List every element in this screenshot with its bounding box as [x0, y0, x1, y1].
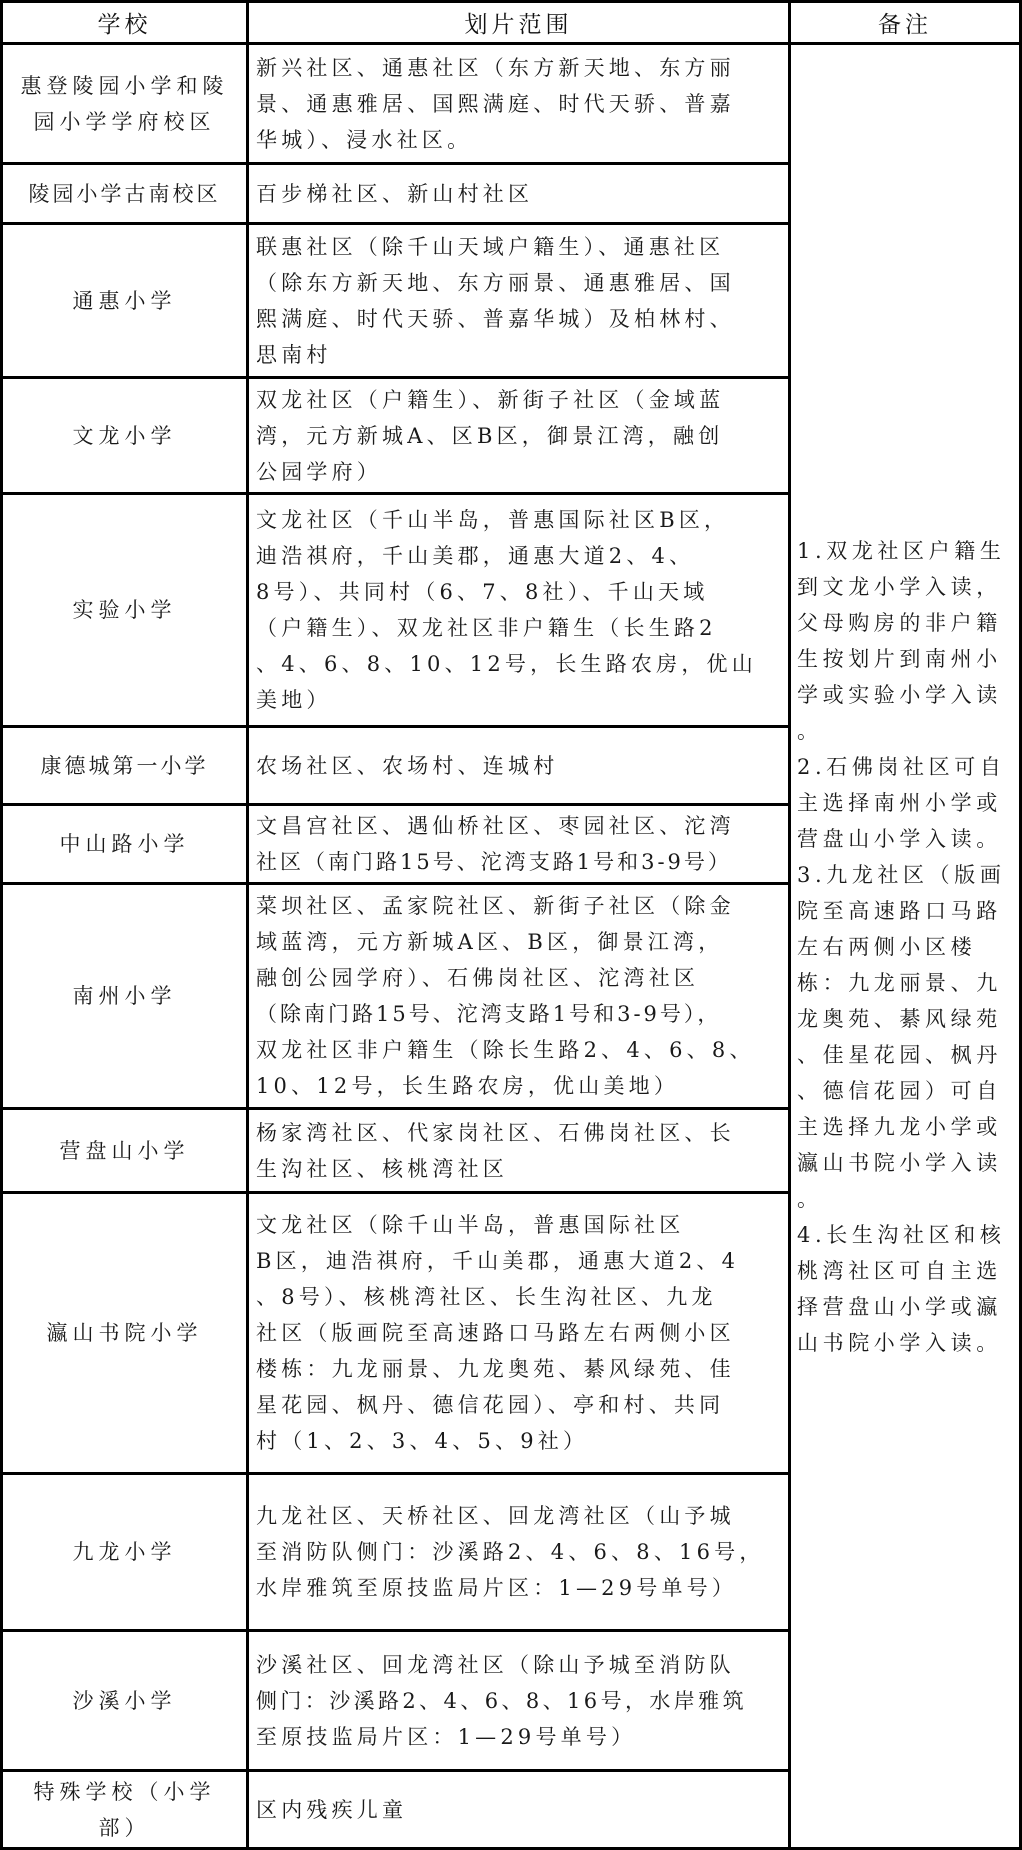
header-range-label: 划片范围	[465, 6, 573, 39]
range-line: B区，迪浩祺府，千山美郡，通惠大道2、4	[256, 1243, 739, 1279]
table-row-school: 营盘山小学	[0, 1107, 249, 1194]
table-row-range: 文龙社区（千山半岛，普惠国际社区B区， 迪浩祺府，千山美郡，通惠大道2、4、 8…	[246, 492, 791, 728]
range-line: 双龙社区非户籍生（除长生路2、4、6、8、	[256, 1032, 755, 1068]
school-name-line: 通惠小学	[73, 283, 177, 319]
range-line: 区内残疾儿童	[256, 1792, 407, 1828]
table-row-range: 新兴社区、通惠社区（东方新天地、东方丽 景、通惠雅居、国熙满庭、时代天骄、普嘉 …	[246, 42, 791, 165]
note-line: 3.九龙社区（版画	[797, 857, 1005, 893]
table-row-school: 陵园小学古南校区	[0, 162, 249, 225]
note-line: 左右两侧小区楼	[797, 929, 1005, 965]
note-line: 。	[797, 1181, 1005, 1217]
school-name-line: 瀛山书院小学	[47, 1315, 203, 1351]
range-line: 文龙社区（千山半岛，普惠国际社区B区，	[256, 502, 757, 538]
note-line: 4.长生沟社区和核	[797, 1217, 1005, 1253]
table-row-range: 联惠社区（除千山天域户籍生）、通惠社区 （除东方新天地、东方丽景、通惠雅居、国 …	[246, 222, 791, 379]
range-line: 沙溪社区、回龙湾社区（除山予城至消防队	[256, 1647, 747, 1683]
table-row-school: 实验小学	[0, 492, 249, 728]
range-line: （除南门路15号、沱湾支路1号和3-9号），	[256, 996, 755, 1032]
school-name-line: 特殊学校（小学	[34, 1774, 216, 1810]
table-row-school: 沙溪小学	[0, 1629, 249, 1772]
school-name-line: 文龙小学	[73, 418, 177, 454]
table-row-range: 文龙社区（除千山半岛，普惠国际社区 B区，迪浩祺府，千山美郡，通惠大道2、4 、…	[246, 1191, 791, 1475]
school-name-line: 康德城第一小学	[41, 748, 209, 784]
table-row-school: 康德城第一小学	[0, 725, 249, 806]
school-district-table: 学校 划片范围 备注 惠登陵园小学和陵 园小学学府校区 新兴社区、通惠社区（东方…	[0, 0, 1022, 1850]
range-line: 侧门：沙溪路2、4、6、8、16号，水岸雅筑	[256, 1683, 747, 1719]
table-row-school: 中山路小学	[0, 803, 249, 885]
note-line: 学或实验小学入读	[797, 677, 1005, 713]
range-line: 星花园、枫丹、德信花园）、亭和村、共同	[256, 1387, 739, 1423]
note-line: 到文龙小学入读，	[797, 569, 1005, 605]
note-line: 生按划片到南州小	[797, 641, 1005, 677]
range-line: 至原技监局片区：1—29号单号）	[256, 1719, 747, 1755]
header-range: 划片范围	[246, 0, 791, 45]
note-line: 山书院小学入读。	[797, 1325, 1005, 1361]
table-row-range: 双龙社区（户籍生）、新街子社区（金域蓝 湾，元方新城A、区B区，御景江湾，融创 …	[246, 376, 791, 495]
note-line: 、佳星花园、枫丹	[797, 1037, 1005, 1073]
school-name-line: 陵园小学古南校区	[29, 176, 221, 212]
table-row-school: 文龙小学	[0, 376, 249, 495]
range-line: 社区（南门路15号、沱湾支路1号和3-9号）	[256, 844, 735, 880]
school-name-line: 沙溪小学	[73, 1683, 177, 1719]
table-row-school: 南州小学	[0, 882, 249, 1110]
range-line: 杨家湾社区、代家岗社区、石佛岗社区、长	[256, 1115, 735, 1151]
header-notes-label: 备注	[878, 6, 932, 39]
table-row-range: 九龙社区、天桥社区、回龙湾社区（山予城 至消防队侧门：沙溪路2、4、6、8、16…	[246, 1472, 791, 1632]
range-line: 湾，元方新城A、区B区，御景江湾，融创	[256, 418, 724, 454]
school-name-line: 实验小学	[73, 592, 177, 628]
range-line: 华城）、浸水社区。	[256, 122, 735, 158]
school-name-line: 惠登陵园小学和陵	[21, 68, 229, 104]
note-line: 桃湾社区可自主选	[797, 1253, 1005, 1289]
table-row-range: 区内残疾儿童	[246, 1769, 791, 1850]
school-name-line: 营盘山小学	[60, 1133, 190, 1169]
table-row-school: 九龙小学	[0, 1472, 249, 1632]
range-line: 双龙社区（户籍生）、新街子社区（金域蓝	[256, 382, 724, 418]
range-line: 8号）、共同村（6、7、8社）、千山天域	[256, 574, 757, 610]
note-line: 择营盘山小学或瀛	[797, 1289, 1005, 1325]
range-line: 熙满庭、时代天骄、普嘉华城）及柏林村、	[256, 301, 735, 337]
table-row-school: 惠登陵园小学和陵 园小学学府校区	[0, 42, 249, 165]
range-line: 美地）	[256, 682, 757, 718]
range-line: 景、通惠雅居、国熙满庭、时代天骄、普嘉	[256, 86, 735, 122]
range-line: 水岸雅筑至原技监局片区：1—29号单号）	[256, 1570, 765, 1606]
range-line: 域蓝湾，元方新城A区、B区，御景江湾，	[256, 924, 755, 960]
range-line: 公园学府）	[256, 454, 724, 490]
range-line: 九龙社区、天桥社区、回龙湾社区（山予城	[256, 1498, 765, 1534]
table-row-school: 通惠小学	[0, 222, 249, 379]
school-name-line: 中山路小学	[60, 826, 190, 862]
range-line: 融创公园学府）、石佛岗社区、沱湾社区	[256, 960, 755, 996]
school-name-line: 九龙小学	[73, 1534, 177, 1570]
range-line: 、8号）、核桃湾社区、长生沟社区、九龙	[256, 1279, 739, 1315]
note-line: 1.双龙社区户籍生	[797, 533, 1005, 569]
note-line: 院至高速路口马路	[797, 893, 1005, 929]
range-line: 迪浩祺府，千山美郡，通惠大道2、4、	[256, 538, 757, 574]
range-line: 菜坝社区、孟家院社区、新街子社区（除金	[256, 888, 755, 924]
range-line: 村（1、2、3、4、5、9社）	[256, 1423, 739, 1459]
range-line: 生沟社区、核桃湾社区	[256, 1151, 735, 1187]
note-line: 2.石佛岗社区可自	[797, 749, 1005, 785]
range-line: 、4、6、8、10、12号，长生路农房，优山	[256, 646, 757, 682]
range-line: 10、12号，长生路农房，优山美地）	[256, 1068, 755, 1104]
table-row-range: 沙溪社区、回龙湾社区（除山予城至消防队 侧门：沙溪路2、4、6、8、16号，水岸…	[246, 1629, 791, 1772]
header-notes: 备注	[788, 0, 1022, 45]
note-line: 。	[797, 713, 1005, 749]
table-row-range: 菜坝社区、孟家院社区、新街子社区（除金 域蓝湾，元方新城A区、B区，御景江湾， …	[246, 882, 791, 1110]
range-line: 思南村	[256, 337, 735, 373]
range-line: 百步梯社区、新山村社区	[256, 176, 533, 212]
note-line: 栋：九龙丽景、九	[797, 965, 1005, 1001]
range-line: 文昌宫社区、遇仙桥社区、枣园社区、沱湾	[256, 808, 735, 844]
school-name-line: 南州小学	[73, 978, 177, 1014]
table-row-range: 文昌宫社区、遇仙桥社区、枣园社区、沱湾 社区（南门路15号、沱湾支路1号和3-9…	[246, 803, 791, 885]
range-line: 新兴社区、通惠社区（东方新天地、东方丽	[256, 50, 735, 86]
note-line: 父母购房的非户籍	[797, 605, 1005, 641]
table-row-school: 瀛山书院小学	[0, 1191, 249, 1475]
range-line: 文龙社区（除千山半岛，普惠国际社区	[256, 1207, 739, 1243]
range-line: 至消防队侧门：沙溪路2、4、6、8、16号，	[256, 1534, 765, 1570]
school-name-line: 园小学学府校区	[21, 104, 229, 140]
range-line: 社区（版画院至高速路口马路左右两侧小区	[256, 1315, 739, 1351]
range-line: 联惠社区（除千山天域户籍生）、通惠社区	[256, 229, 735, 265]
range-line: 楼栋：九龙丽景、九龙奥苑、綦风绿苑、佳	[256, 1351, 739, 1387]
table-row-range: 农场社区、农场村、连城村	[246, 725, 791, 806]
school-name-line: 部）	[34, 1810, 216, 1846]
header-school-label: 学校	[98, 6, 152, 39]
note-line: 龙奥苑、綦风绿苑	[797, 1001, 1005, 1037]
notes-cell: 1.双龙社区户籍生 到文龙小学入读， 父母购房的非户籍 生按划片到南州小 学或实…	[788, 42, 1022, 1850]
note-line: 瀛山书院小学入读	[797, 1145, 1005, 1181]
note-line: 营盘山小学入读。	[797, 821, 1005, 857]
range-line: （户籍生）、双龙社区非户籍生（长生路2	[256, 610, 757, 646]
note-line: 主选择南州小学或	[797, 785, 1005, 821]
table-row-range: 杨家湾社区、代家岗社区、石佛岗社区、长 生沟社区、核桃湾社区	[246, 1107, 791, 1194]
table-row-school: 特殊学校（小学 部）	[0, 1769, 249, 1850]
range-line: 农场社区、农场村、连城村	[256, 748, 558, 784]
header-school: 学校	[0, 0, 249, 45]
note-line: 主选择九龙小学或	[797, 1109, 1005, 1145]
notes-text: 1.双龙社区户籍生 到文龙小学入读， 父母购房的非户籍 生按划片到南州小 学或实…	[797, 533, 1005, 1361]
table-row-range: 百步梯社区、新山村社区	[246, 162, 791, 225]
note-line: 、德信花园）可自	[797, 1073, 1005, 1109]
range-line: （除东方新天地、东方丽景、通惠雅居、国	[256, 265, 735, 301]
